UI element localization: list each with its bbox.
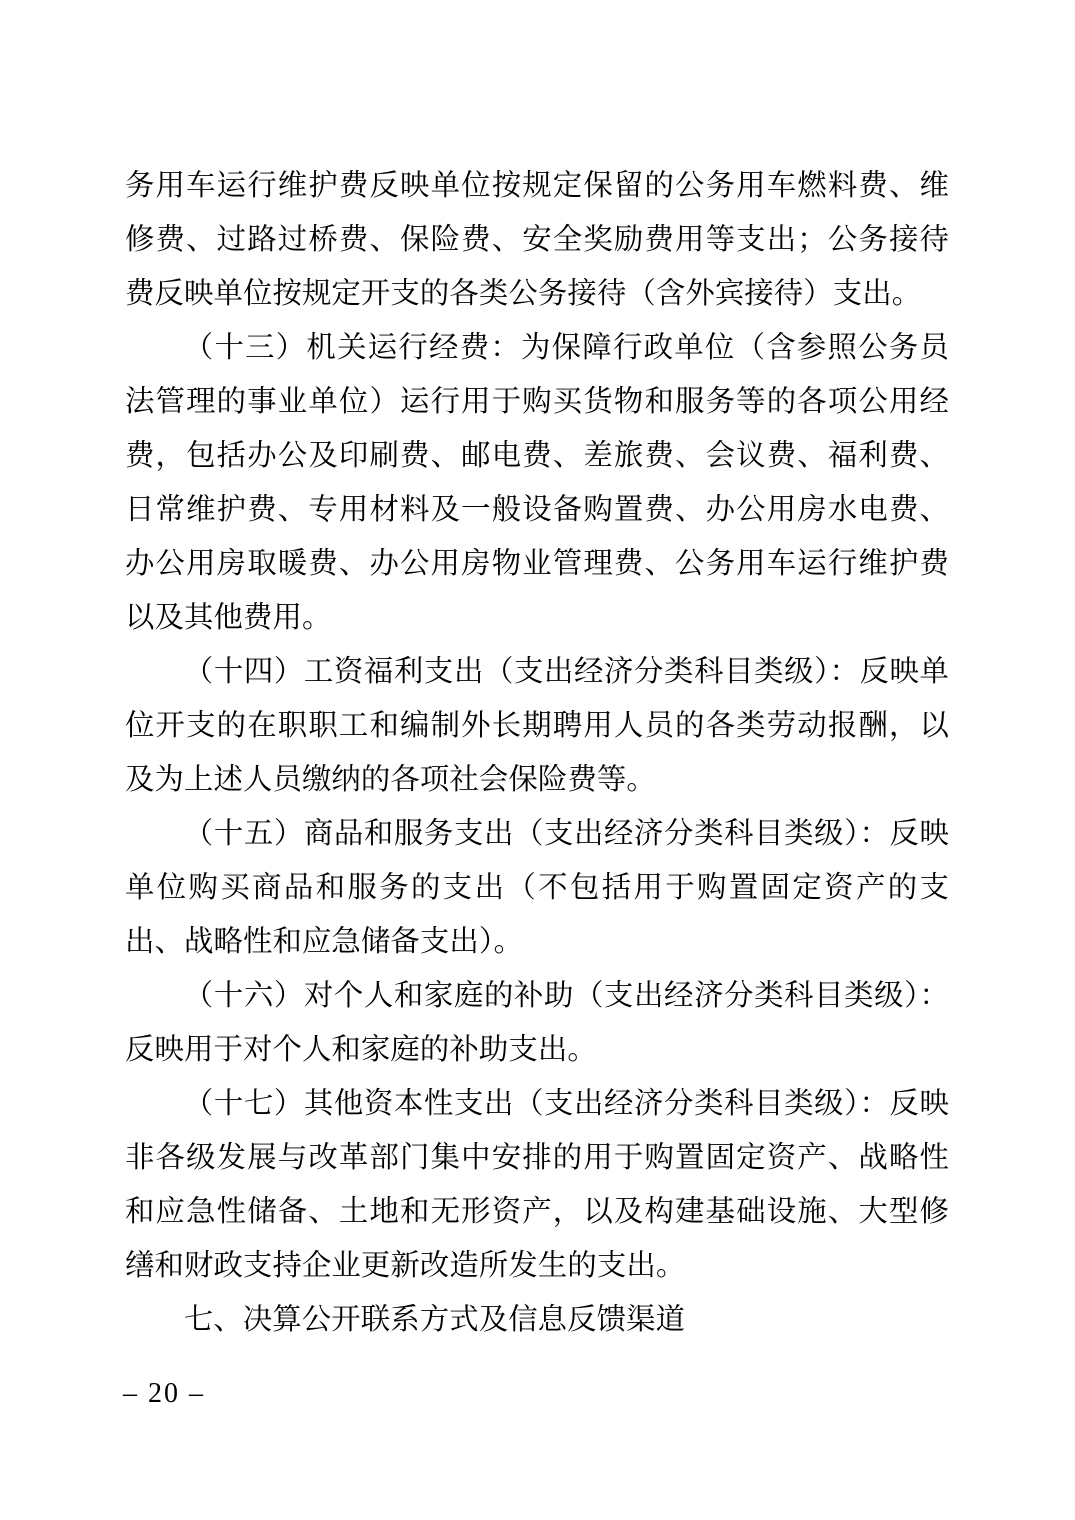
page-number: – 20 – [123,1378,205,1410]
paragraph-item-17: （十七）其他资本性支出（支出经济分类科目类级）：反映非各级发展与改革部门集中安排… [125,1077,949,1293]
paragraph-item-16: （十六）对个人和家庭的补助（支出经济分类科目类级）：反映用于对个人和家庭的补助支… [125,969,949,1077]
document-page: 务用车运行维护费反映单位按规定保留的公务用车燃料费、维修费、过路过桥费、保险费、… [0,0,1075,1520]
paragraph-item-15: （十五）商品和服务支出（支出经济分类科目类级）：反映单位购买商品和服务的支出（不… [125,807,949,969]
body-paragraph-continuation: 务用车运行维护费反映单位按规定保留的公务用车燃料费、维修费、过路过桥费、保险费、… [125,159,949,321]
paragraph-item-13: （十三）机关运行经费：为保障行政单位（含参照公务员法管理的事业单位）运行用于购买… [125,321,949,645]
document-body: 务用车运行维护费反映单位按规定保留的公务用车燃料费、维修费、过路过桥费、保险费、… [125,159,949,1347]
paragraph-item-14: （十四）工资福利支出（支出经济分类科目类级）：反映单位开支的在职职工和编制外长期… [125,645,949,807]
section-heading: 七、决算公开联系方式及信息反馈渠道 [125,1293,949,1347]
